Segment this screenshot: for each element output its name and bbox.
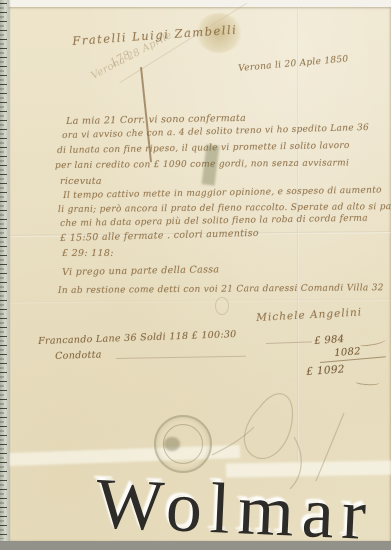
pencil-doodle (215, 297, 229, 315)
account-rule (266, 341, 312, 344)
postmark-ink-blob (164, 437, 180, 451)
body-line: per lani credito con £ 1090 come gordi, … (55, 159, 349, 171)
fold-crease (8, 299, 391, 304)
body-line: ora vi avviso che con a. 4 del solito tr… (62, 124, 369, 141)
watermark-text: Wolmar (95, 475, 375, 545)
body-line: Il tempo cattivo mette in maggior opinio… (63, 186, 382, 201)
body-line: £ 15:50 alle fermate . colori aumentiso (60, 229, 259, 244)
body-line: che mi ha data opera più del solito fien… (60, 215, 368, 229)
ruler (0, 0, 9, 541)
signature: Michele Angelini (256, 307, 362, 323)
account-line: Condotta (55, 350, 102, 361)
account-total: £ 1092 (306, 364, 345, 377)
closing-line: Vi prego una parte della Cassa (62, 265, 219, 277)
letter-paper: 178 Verona 28 Aprile Fratelli Luigi Zamb… (8, 7, 391, 541)
photo-of-letter: 178 Verona 28 Aprile Fratelli Luigi Zamb… (0, 0, 391, 550)
body-line: La mia 21 Corr. vi sono confermata (66, 114, 246, 127)
body-line: £ 29: 118: (62, 249, 114, 259)
account-rule (116, 356, 246, 359)
pen-flourish (356, 377, 381, 386)
account-line: Francando Lane 36 Soldi 118 £ 100:30 (38, 330, 237, 346)
account-total: 1082 (334, 347, 361, 359)
body-line: di lunata con fine ripeso, il quale vi p… (57, 142, 350, 156)
closing-line: In ab restione come detti con voi 21 Car… (58, 284, 384, 296)
account-total: £ 984 (314, 335, 345, 347)
dateline: Verona li 20 Aple 1850 (238, 55, 349, 74)
body-line: ricevuta (60, 177, 102, 187)
pen-flourish (360, 336, 387, 347)
ruler-ticks-short (0, 3, 4, 539)
